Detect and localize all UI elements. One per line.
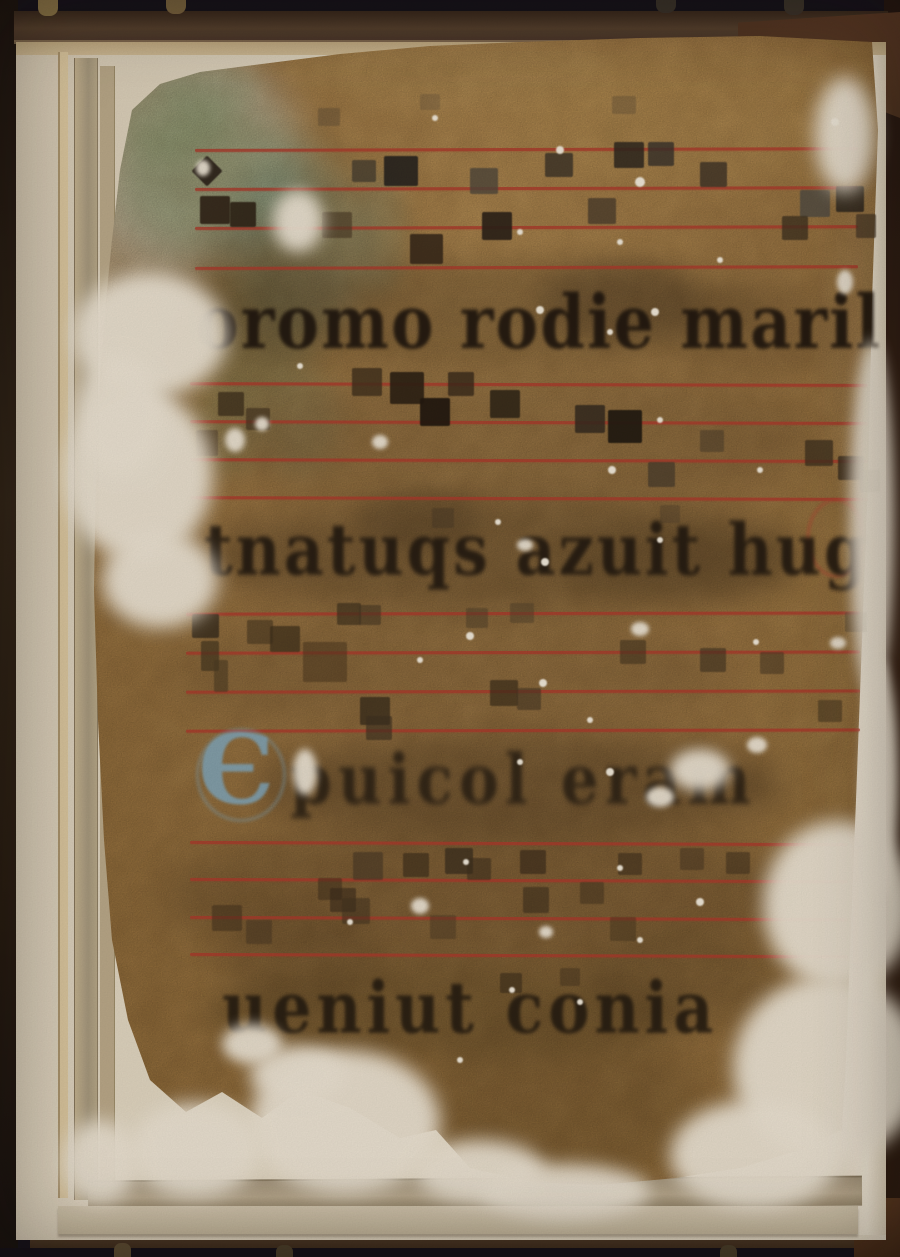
white-speckle — [657, 537, 663, 543]
white-speckle — [831, 118, 839, 126]
white-speckle — [541, 558, 549, 566]
white-speckle — [495, 519, 501, 525]
white-speckle — [607, 329, 613, 335]
white-speckle — [608, 466, 616, 474]
white-speckle — [539, 679, 547, 687]
white-speckle — [536, 306, 544, 314]
white-speckle — [617, 865, 623, 871]
white-speckle — [577, 999, 583, 1005]
white-speckle — [509, 987, 515, 993]
white-speckle — [606, 768, 614, 776]
manuscript-photograph: oromo rodie mariltnatuqs azuit hugpuicol… — [0, 0, 900, 1257]
white-speckle — [517, 759, 523, 765]
white-speckle — [635, 177, 645, 187]
white-speckle — [463, 859, 469, 865]
white-speckle — [637, 937, 643, 943]
white-speckle — [556, 146, 564, 154]
white-speckle — [466, 632, 474, 640]
white-speckle — [457, 1057, 463, 1063]
white-speckle — [517, 229, 523, 235]
white-speckle — [297, 363, 303, 369]
white-speckle — [347, 919, 353, 925]
white-speckle — [651, 308, 659, 316]
white-speckle — [417, 657, 423, 663]
white-speckle — [432, 115, 438, 121]
white-speckle — [753, 639, 759, 645]
white-speckle — [657, 417, 663, 423]
white-speckle — [696, 898, 704, 906]
white-speckle — [587, 717, 593, 723]
white-speckle — [757, 467, 763, 473]
white-speckle-layer — [0, 0, 900, 1257]
white-speckle — [717, 257, 723, 263]
white-speckle — [617, 239, 623, 245]
